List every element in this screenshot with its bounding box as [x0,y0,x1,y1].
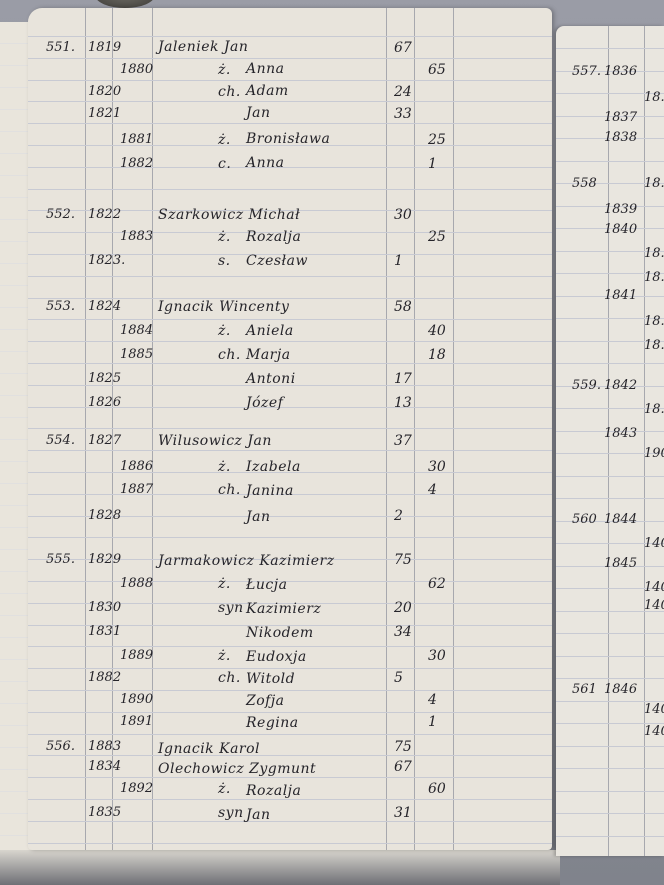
relation-abbrev: c. [218,156,231,172]
person-name: Anna [246,155,285,171]
book-bottom-edge [0,850,560,885]
year-female: 1881 [120,132,153,147]
person-name: Jan [246,509,270,525]
year-male: 1834 [88,759,121,774]
age-male: 24 [394,84,412,100]
year-female: 1884 [120,323,153,338]
rule-line [556,633,664,634]
relation-abbrev: ch. [218,84,241,100]
year-female: 1403 [644,598,664,613]
year-male: 1836 [604,64,637,79]
rule-line [28,690,552,691]
entry-number: 557. [572,64,601,79]
year-male: 1835 [88,805,121,820]
age-male: 34 [394,624,412,640]
rule-line [28,537,552,538]
year-female: 190. [644,446,664,461]
person-name: Józef [246,395,283,411]
age-male: 37 [394,433,412,449]
year-female: 1888 [120,576,153,591]
entry-number: 556. [46,739,75,754]
rule-line [556,363,664,364]
year-female: 1889 [120,648,153,663]
year-female: 1404 [644,702,664,717]
column-line [608,26,609,856]
person-name: Kazimierz [246,601,321,617]
person-name: Izabela [246,459,301,475]
age-male: 75 [394,739,412,755]
year-male: 1844 [604,512,637,527]
age-male: 33 [394,106,412,122]
relation-abbrev: ż. [218,781,231,797]
person-name: Rozalja [246,783,301,799]
age-female: 40 [428,323,446,339]
person-name: Eudoxja [246,649,307,665]
person-name: Zofja [246,693,285,709]
person-name: Witold [246,671,295,687]
entry-number: 558 [572,176,597,191]
age-male: 20 [394,600,412,616]
age-male: 31 [394,805,412,821]
year-male: 1846 [604,682,637,697]
age-male: 17 [394,371,412,387]
age-male: 67 [394,40,412,56]
year-female: 1401 [644,536,664,551]
rule-line [28,712,552,713]
person-name: Łucja [246,577,287,593]
rule-line [28,189,552,190]
age-female: 62 [428,576,446,592]
rule-line [556,836,664,837]
rule-line [28,755,552,756]
person-name: Adam [246,83,289,99]
relation-abbrev: syn [218,805,244,821]
entry-number: 555. [46,552,75,567]
year-male: 1828 [88,508,121,523]
age-male: 30 [394,207,412,223]
year-female: 18.. [644,176,664,191]
year-male: 1883 [88,739,121,754]
year-male: 1820 [88,84,121,99]
entry-number: 561 [572,682,597,697]
register-page-left: 551.181967Jaleniek Jan1880ż.65Anna1820ch… [28,8,552,850]
year-male: 1827 [88,433,121,448]
age-male: 5 [394,670,403,686]
head-of-household-name: Wilusowicz Jan [158,433,272,449]
rule-line [28,58,552,59]
entry-number: 559. [572,378,601,393]
year-male: 1840 [604,222,637,237]
person-name: Rozalja [246,229,301,245]
rule-line [28,101,552,102]
register-page-right: 557.183618..1837183855818..1839184018..1… [556,26,664,856]
year-male: 1830 [88,600,121,615]
person-name: Anna [246,61,285,77]
age-female: 25 [428,229,446,245]
age-male: 1 [394,253,403,269]
age-female: 25 [428,132,446,148]
rule-line [28,734,552,735]
year-male: 1845 [604,556,637,571]
rule-line [556,768,664,769]
year-female: 18.. [644,402,664,417]
person-name: Aniela [246,323,294,339]
age-female: 1 [428,714,437,730]
year-female: 18.. [644,90,664,105]
year-female: 1887 [120,482,153,497]
year-female: 18.. [644,314,664,329]
relation-abbrev: ż. [218,323,231,339]
head-of-household-name: Jarmakowicz Kazimierz [158,553,335,569]
rule-line [28,276,552,277]
rule-line [28,167,552,168]
age-female: 1 [428,156,437,172]
rule-line [556,791,664,792]
year-male: 1823. [88,253,125,268]
year-female: 1882 [120,156,153,171]
relation-abbrev: ż. [218,648,231,664]
year-female: 18.. [644,246,664,261]
rule-line [28,821,552,822]
relation-abbrev: syn [218,600,244,616]
rule-line [556,48,664,49]
head-of-household-name: Ignacik Karol [158,741,260,757]
head-of-household-name: Ignacik Wincenty [158,299,289,315]
year-female: 1891 [120,714,153,729]
age-female: 18 [428,347,446,363]
rule-line [28,450,552,451]
rule-line [556,656,664,657]
year-male: 1826 [88,395,121,410]
rule-line [28,646,552,647]
year-male: 1831 [88,624,121,639]
year-male: 1829 [88,552,121,567]
rule-line [28,363,552,364]
year-male: 1838 [604,130,637,145]
rule-line [28,799,552,800]
person-name: Regina [246,715,299,731]
rule-line [28,777,552,778]
relation-abbrev: s. [218,253,231,269]
age-female: 60 [428,781,446,797]
rule-line [28,36,552,37]
year-male: 1837 [604,110,637,125]
year-male: 1882 [88,670,121,685]
year-male: 1819 [88,40,121,55]
year-female: 1890 [120,692,153,707]
relation-abbrev: ż. [218,132,231,148]
year-female: 1405 [644,724,664,739]
age-female: 30 [428,648,446,664]
entry-number: 551. [46,40,75,55]
person-name: Jan [246,807,270,823]
year-male: 1821 [88,106,121,121]
year-male: 1825 [88,371,121,386]
age-male: 75 [394,552,412,568]
rule-line [28,843,552,844]
relation-abbrev: ch. [218,670,241,686]
age-female: 4 [428,482,437,498]
relation-abbrev: ż. [218,576,231,592]
rule-line [28,341,552,342]
age-male: 2 [394,508,403,524]
year-female: 1892 [120,781,153,796]
age-female: 4 [428,692,437,708]
entry-number: 553. [46,299,75,314]
rule-line [556,746,664,747]
entry-number: 554. [46,433,75,448]
person-name: Olechowicz Zygmunt [158,761,316,777]
age-female: 65 [428,62,446,78]
person-name: Bronisława [246,131,330,147]
year-male: 1824 [88,299,121,314]
age-female: 30 [428,459,446,475]
year-female: 1886 [120,459,153,474]
rule-line [556,813,664,814]
relation-abbrev: ż. [218,62,231,78]
year-female: 18.. [644,270,664,285]
age-male: 13 [394,395,412,411]
person-name: Czesław [246,253,308,269]
rule-line [556,161,664,162]
year-male: 1842 [604,378,637,393]
age-male: 58 [394,299,412,315]
person-name: Jan [246,105,270,121]
year-female: 1885 [120,347,153,362]
relation-abbrev: ch. [218,347,241,363]
relation-abbrev: ż. [218,459,231,475]
rule-line [28,428,552,429]
year-male: 1839 [604,202,637,217]
rule-line [28,581,552,582]
person-name: Marja [246,347,291,363]
year-female: 1402 [644,580,664,595]
relation-abbrev: ż. [218,229,231,245]
rule-line [556,476,664,477]
age-male: 67 [394,759,412,775]
year-male: 1822 [88,207,121,222]
rule-line [28,80,552,81]
rule-line [28,319,552,320]
relation-abbrev: ch. [218,482,241,498]
entry-number: 560 [572,512,597,527]
year-male: 1843 [604,426,637,441]
head-of-household-name: Szarkowicz Michał [158,207,300,223]
rule-line [556,498,664,499]
year-female: 18.. [644,338,664,353]
year-female: 1880 [120,62,153,77]
person-name: Janina [246,483,294,499]
year-female: 1883 [120,229,153,244]
entry-number: 552. [46,207,75,222]
person-name: Nikodem [246,625,314,641]
rule-line [28,123,552,124]
head-of-household-name: Jaleniek Jan [158,39,248,55]
person-name: Antoni [246,371,296,387]
year-male: 1841 [604,288,637,303]
rule-line [556,678,664,679]
